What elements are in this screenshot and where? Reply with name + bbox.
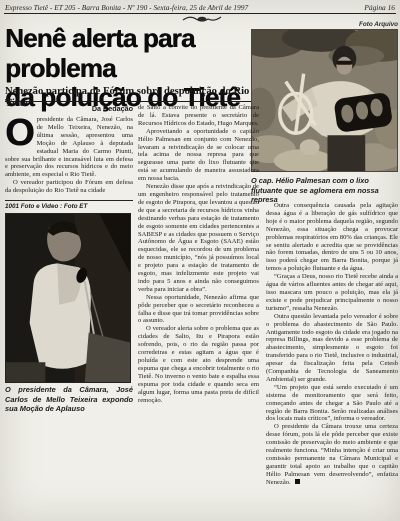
column-1: Da Redação O presidente da Câmara, José … [5, 104, 133, 414]
photo-president-speech [5, 213, 131, 383]
page-number: Página 16 [364, 3, 395, 13]
end-of-article-mark [295, 479, 300, 484]
photo-caption-left: O presidente da Câmara, José Carlos de M… [5, 385, 133, 414]
paragraph: “Graças a Deus, nosso rio Tietê recebe a… [266, 273, 398, 313]
column-3: Outra consequência causada pela agitação… [266, 202, 398, 487]
newspaper-page: Expresso Tietê - ET 205 - Barra Bonita -… [0, 0, 400, 521]
column-2: de Salto a convite do presidente da Câma… [138, 104, 259, 404]
photo-credit-top: Foto Arquivo [251, 21, 398, 29]
paragraph: O presidente da Câmara, José Carlos de M… [5, 116, 133, 179]
photo-palmesan-debris [251, 29, 398, 172]
paragraph: Nenezão disse que após a reivindicação d… [138, 183, 259, 294]
headline-line-1: Nenê alerta para problema [5, 24, 257, 83]
paragraph: de Salto a convite do presidente da Câma… [138, 104, 259, 128]
photo-caption-top: O cap. Hélio Palmesan com o lixo flutuan… [251, 176, 398, 205]
paragraph: Outra consequência causada pela agitação… [266, 202, 398, 273]
drop-cap: O [5, 118, 34, 148]
paragraph: “Um projeto que está sendo executado é u… [266, 384, 398, 424]
photo-credit-left: 1001 Foto e Video : Foto ET [5, 200, 133, 211]
paragraph: O vereador participou do Fórum em defesa… [5, 179, 133, 195]
masthead: Expresso Tietê - ET 205 - Barra Bonita -… [5, 3, 395, 13]
paragraph: O vereador alerta sobre o problema que a… [138, 325, 259, 404]
paragraph: O presidente da Câmara trouxe uma certez… [266, 423, 398, 486]
paragraph: Nessa oportunidade, Nenezão afirma que p… [138, 294, 259, 326]
masthead-title: Expresso Tietê - ET 205 - Barra Bonita -… [5, 3, 248, 13]
paragraph: Outra questão levantada pelo vereador é … [266, 313, 398, 384]
paragraph-text: O presidente da Câmara trouxe uma certez… [266, 423, 398, 485]
paragraph: Aproveitando a oportunidade o capitão Hé… [138, 128, 259, 183]
section-rule [5, 101, 258, 102]
